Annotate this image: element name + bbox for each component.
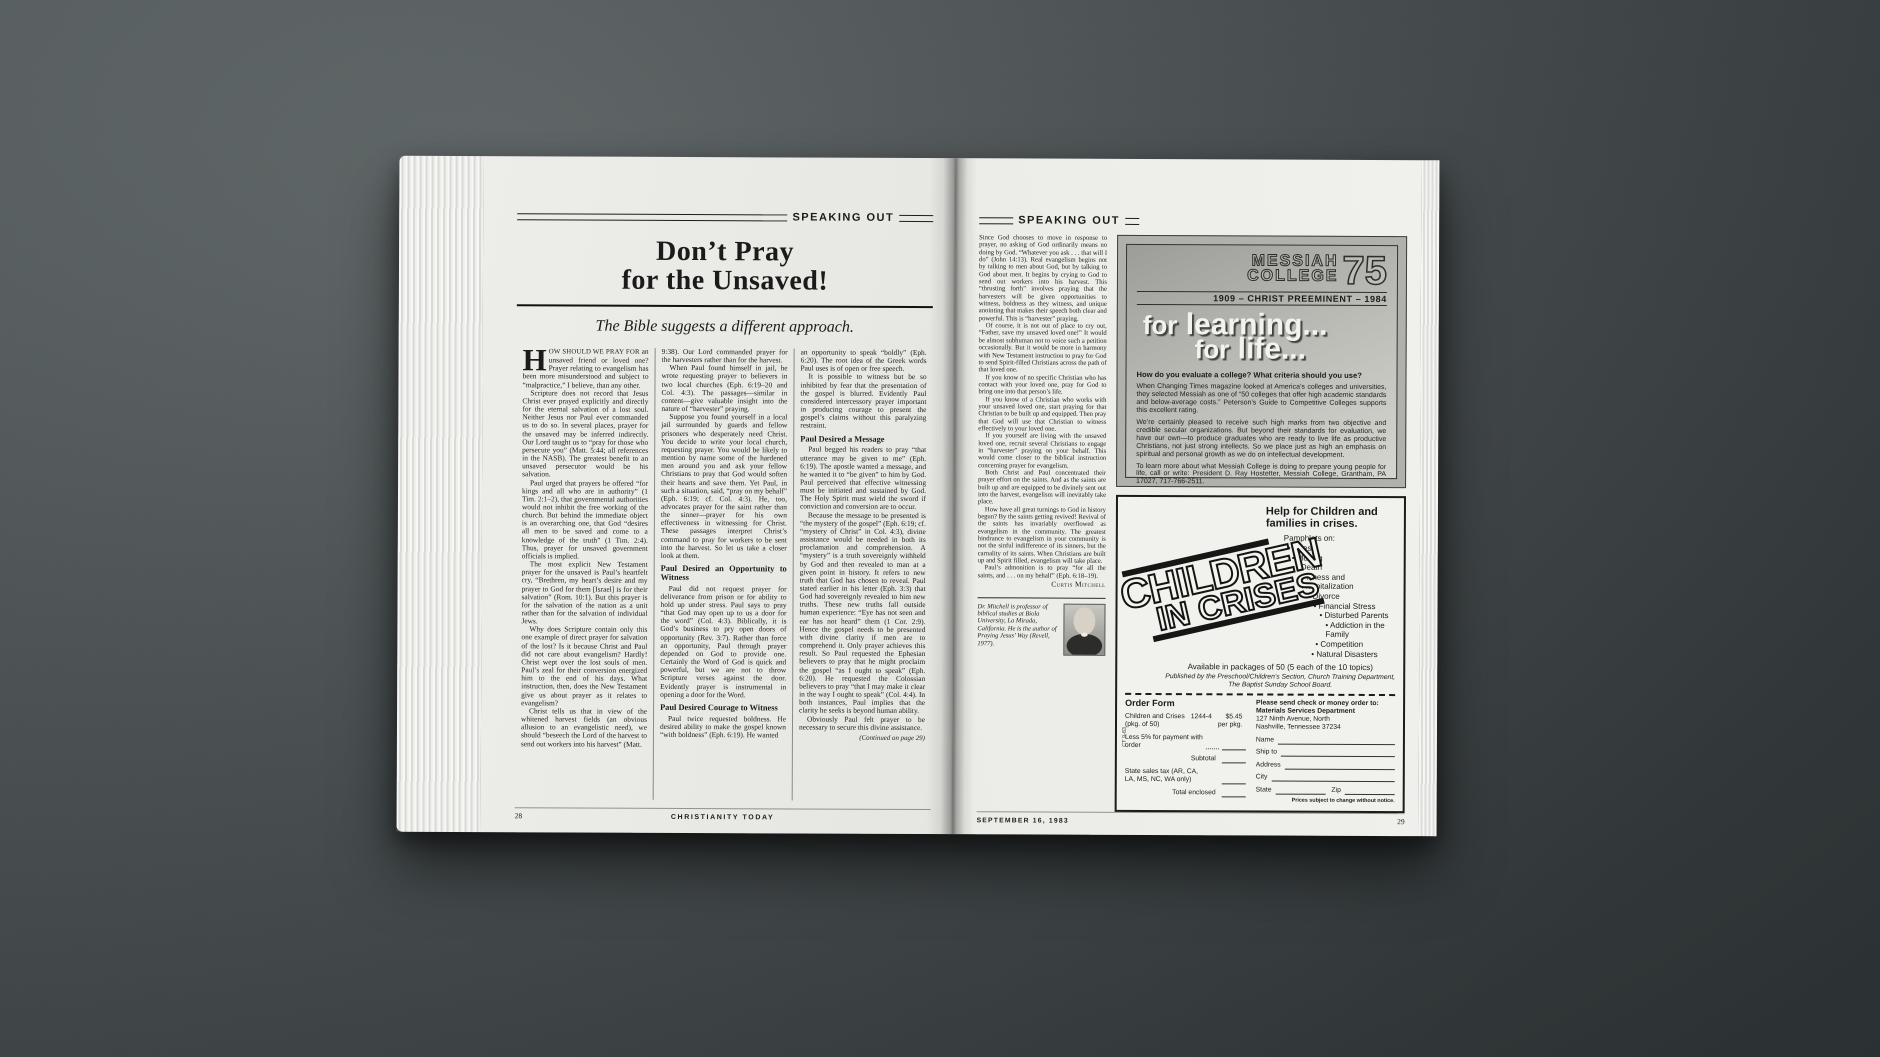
publisher-line: Published by the Preschool/Children’s Se… xyxy=(1125,673,1395,689)
messiah-college-ad: MESSIAH COLLEGE 75 1909 – CHRIST PREEMIN… xyxy=(1116,235,1407,488)
paragraph: Paul’s admonition is to pray “for all th… xyxy=(978,565,1106,580)
title-rule xyxy=(517,304,933,308)
right-page-body: Since God chooses to move in response to… xyxy=(977,234,1408,839)
children-in-crises-ad: CHILDREN IN CRISES Help for Children and… xyxy=(1115,495,1406,813)
discount-row: Less 5% for payment with order xyxy=(1125,734,1246,751)
paragraph: If you know of a Christian who works wit… xyxy=(978,396,1106,433)
fill-line xyxy=(1278,736,1395,745)
fill-line xyxy=(1276,786,1326,794)
tax-row: State sales tax (AR, CA, LA, MS, NC, WA … xyxy=(1125,768,1246,785)
article-title: Don’t Pray for the Unsaved! xyxy=(517,236,933,296)
fill-line xyxy=(1281,749,1395,757)
address-line2: Nashville, Tennessee 37234 xyxy=(1256,724,1395,733)
availability-line: Available in packages of 50 (5 each of t… xyxy=(1125,662,1395,672)
city-label: City xyxy=(1256,774,1268,782)
write-in-blank xyxy=(1222,797,1246,798)
article-columns: HOW SHOULD WE PRAY FOR an unsaved friend… xyxy=(515,347,933,801)
article-title-line1: Don’t Pray xyxy=(517,236,933,267)
paragraph: The most explicit New Testament prayer f… xyxy=(521,560,647,626)
order-item-code: 1244-4 xyxy=(1191,714,1212,730)
display-line2-word: life... xyxy=(1238,332,1307,365)
author-bio-text: Dr. Mitchell is professor of biblical st… xyxy=(977,603,1058,655)
paragraph: HOW SHOULD WE PRAY FOR an unsaved friend… xyxy=(522,347,648,389)
paragraph: Why does Scripture contain only this one… xyxy=(521,626,647,708)
fill-line xyxy=(1271,774,1394,783)
right-page-content: SPEAKING OUT Since God chooses to move i… xyxy=(953,158,1422,836)
paragraph: When Paul found himself in jail, he wrot… xyxy=(661,364,787,413)
paragraph: Paul urged that prayers be offered “for … xyxy=(522,479,648,561)
messiah-question-line: How do you evaluate a college? What crit… xyxy=(1137,371,1387,380)
kicker-rule-right xyxy=(899,214,933,221)
subtotal-row: Subtotal xyxy=(1125,755,1246,764)
page-number: 28 xyxy=(515,811,555,820)
left-column-2: 9:38). Our Lord commanded prayer for the… xyxy=(653,348,794,801)
author-photo xyxy=(1063,603,1105,655)
author-byline: Curtis Mitchell xyxy=(978,580,1106,588)
left-page-footer: 28 CHRISTIANITY TODAY xyxy=(515,807,931,822)
price-change-note: Prices subject to change without notice. xyxy=(1256,796,1395,805)
magazine-spread: SPEAKING OUT Don’t Pray for the Unsaved!… xyxy=(397,156,1440,837)
paragraph: Scripture does not record that Jesus Chr… xyxy=(522,389,648,479)
discount-label: Less 5% for payment with order xyxy=(1125,734,1203,750)
messiah-display-headline: for learning... for life... xyxy=(1137,311,1387,364)
order-form: Order Form Children and Crises(pkg. of 5… xyxy=(1125,699,1395,805)
left-column-1: HOW SHOULD WE PRAY FOR an unsaved friend… xyxy=(515,347,655,800)
continued-notice: (Continued on page 29) xyxy=(799,734,925,743)
city-field: City xyxy=(1256,774,1395,783)
topic-item: Competition xyxy=(1265,639,1395,649)
paragraph: Paul twice requested boldness. He desire… xyxy=(660,715,786,740)
drop-cap: H xyxy=(523,347,549,372)
order-item-row: Children and Crises(pkg. of 50) 1244-4 $… xyxy=(1125,713,1246,730)
ad-code-vertical: CT 9-83 xyxy=(1122,727,1128,747)
dot-leader xyxy=(1206,749,1219,750)
kicker-label: SPEAKING OUT xyxy=(787,211,899,223)
page-edge-stack-right xyxy=(1419,160,1440,836)
article-continuation-column: Since God chooses to move in response to… xyxy=(977,234,1108,837)
messiah-paragraph: To learn more about what Messiah College… xyxy=(1136,463,1386,488)
fill-line xyxy=(1345,787,1395,795)
display-line1-for: for xyxy=(1143,310,1178,340)
section-heading: Paul Desired a Message xyxy=(800,435,926,444)
right-kicker: SPEAKING OUT xyxy=(979,214,1139,227)
order-form-title: Order Form xyxy=(1125,699,1246,708)
messiah-75-icon: 75 xyxy=(1342,254,1387,288)
page-edge-stack-left xyxy=(397,156,484,832)
name-label: Name xyxy=(1256,736,1274,744)
paragraph: 9:38). Our Lord commanded prayer for the… xyxy=(662,348,788,365)
paragraph: Since God chooses to move in response to… xyxy=(979,234,1107,323)
paragraph: Christ tells us that in view of the whit… xyxy=(521,707,647,748)
left-page-content: SPEAKING OUT Don’t Pray for the Unsaved!… xyxy=(481,156,956,834)
ship-to-field: Ship to xyxy=(1256,749,1395,758)
display-line2-for: for xyxy=(1195,334,1230,364)
messiah-ad-inner: MESSIAH COLLEGE 75 1909 – CHRIST PREEMIN… xyxy=(1125,244,1398,479)
paragraph: Suppose you found yourself in a local ja… xyxy=(661,413,788,560)
messiah-anniversary-banner: 1909 – CHRIST PREEMINENT – 1984 xyxy=(1137,291,1387,306)
article-subtitle: The Bible suggests a different approach. xyxy=(517,317,933,337)
paragraph: If you yourself are living with the unsa… xyxy=(978,433,1106,470)
write-in-blank xyxy=(1222,763,1246,764)
messiah-logo-line2: COLLEGE xyxy=(1247,268,1338,283)
author-bio-box: Dr. Mitchell is professor of biblical st… xyxy=(977,597,1105,656)
advertisement-column: MESSIAH COLLEGE 75 1909 – CHRIST PREEMIN… xyxy=(1115,235,1408,839)
tax-label: State sales tax (AR, CA, LA, MS, NC, WA … xyxy=(1125,768,1203,784)
write-in-blank xyxy=(1222,750,1246,751)
fill-line xyxy=(1285,761,1395,769)
paragraph: It is possible to witness but be so inhi… xyxy=(800,373,926,431)
center-fold-shadow xyxy=(941,158,968,834)
paragraph: Paul begged his readers to pray “that ut… xyxy=(800,446,926,512)
paragraph: If you know of no specific Christian who… xyxy=(978,374,1106,397)
paragraph: Obviously Paul felt prayer to be necessa… xyxy=(799,715,925,732)
messiah-paragraph: We’re certainly pleased to receive such … xyxy=(1136,419,1386,460)
order-item-price: $5.45per pkg. xyxy=(1218,714,1243,730)
ship-to-label: Ship to xyxy=(1256,749,1277,757)
section-heading: Paul Desired an Opportunity to Witness xyxy=(661,565,787,583)
address-field: Address xyxy=(1256,761,1395,770)
messiah-paragraph: When Changing Times magazine looked at A… xyxy=(1136,383,1386,416)
subtotal-label: Subtotal xyxy=(1191,756,1216,764)
total-label: Total enclosed xyxy=(1172,789,1215,797)
article-title-line2: for the Unsaved! xyxy=(517,265,933,296)
paragraph: an opportunity to speak “boldly” (Eph. 6… xyxy=(801,348,927,373)
left-kicker: SPEAKING OUT xyxy=(517,210,933,224)
photo-background: SPEAKING OUT Don’t Pray for the Unsaved!… xyxy=(0,0,1880,1057)
paragraph: Of course, it is not out of place to cry… xyxy=(979,322,1107,374)
write-in-blank xyxy=(1222,784,1246,785)
children-ad-headline: Help for Children and families in crises… xyxy=(1266,506,1396,531)
total-row: Total enclosed xyxy=(1125,789,1246,798)
order-form-address-block: Please send check or money order to: Mat… xyxy=(1256,700,1396,805)
order-form-items: Order Form Children and Crises(pkg. of 5… xyxy=(1125,699,1246,804)
paragraph: How have all great turnings to God in hi… xyxy=(978,506,1106,565)
messiah-logo: MESSIAH COLLEGE 75 xyxy=(1137,253,1387,288)
messiah-logo-wordmark: MESSIAH COLLEGE xyxy=(1247,253,1338,283)
kicker-label: SPEAKING OUT xyxy=(1013,214,1125,226)
topic-item: Natural Disasters xyxy=(1265,649,1395,659)
page-number: 29 xyxy=(1365,817,1405,826)
paragraph: Both Christ and Paul concentrated their … xyxy=(978,469,1106,506)
paragraph: Because the message to be presented is “… xyxy=(799,511,926,715)
kicker-rule-left xyxy=(517,213,787,221)
left-column-3: an opportunity to speak “boldly” (Eph. 6… xyxy=(792,348,933,801)
state-label: State xyxy=(1256,786,1272,794)
left-page: SPEAKING OUT Don’t Pray for the Unsaved!… xyxy=(481,156,956,834)
paragraph: Paul did not request prayer for delivera… xyxy=(660,585,786,700)
order-form-divider xyxy=(1125,693,1395,696)
right-page-footer: SEPTEMBER 16, 1983 29 xyxy=(977,811,1405,826)
order-item-name: Children and Crises(pkg. of 50) xyxy=(1125,713,1185,729)
zip-label: Zip xyxy=(1331,787,1340,795)
name-field: Name xyxy=(1256,736,1395,745)
state-zip-field: State Zip xyxy=(1256,786,1395,795)
topic-item: Addiction in the Family xyxy=(1265,620,1395,640)
publication-name: CHRISTIANITY TODAY xyxy=(555,813,891,821)
right-page: SPEAKING OUT Since God chooses to move i… xyxy=(953,158,1422,836)
kicker-rule-right xyxy=(1125,217,1139,224)
address-label: Address xyxy=(1256,761,1281,769)
section-heading: Paul Desired Courage to Witness xyxy=(660,704,786,713)
kicker-rule-left xyxy=(979,217,1013,224)
